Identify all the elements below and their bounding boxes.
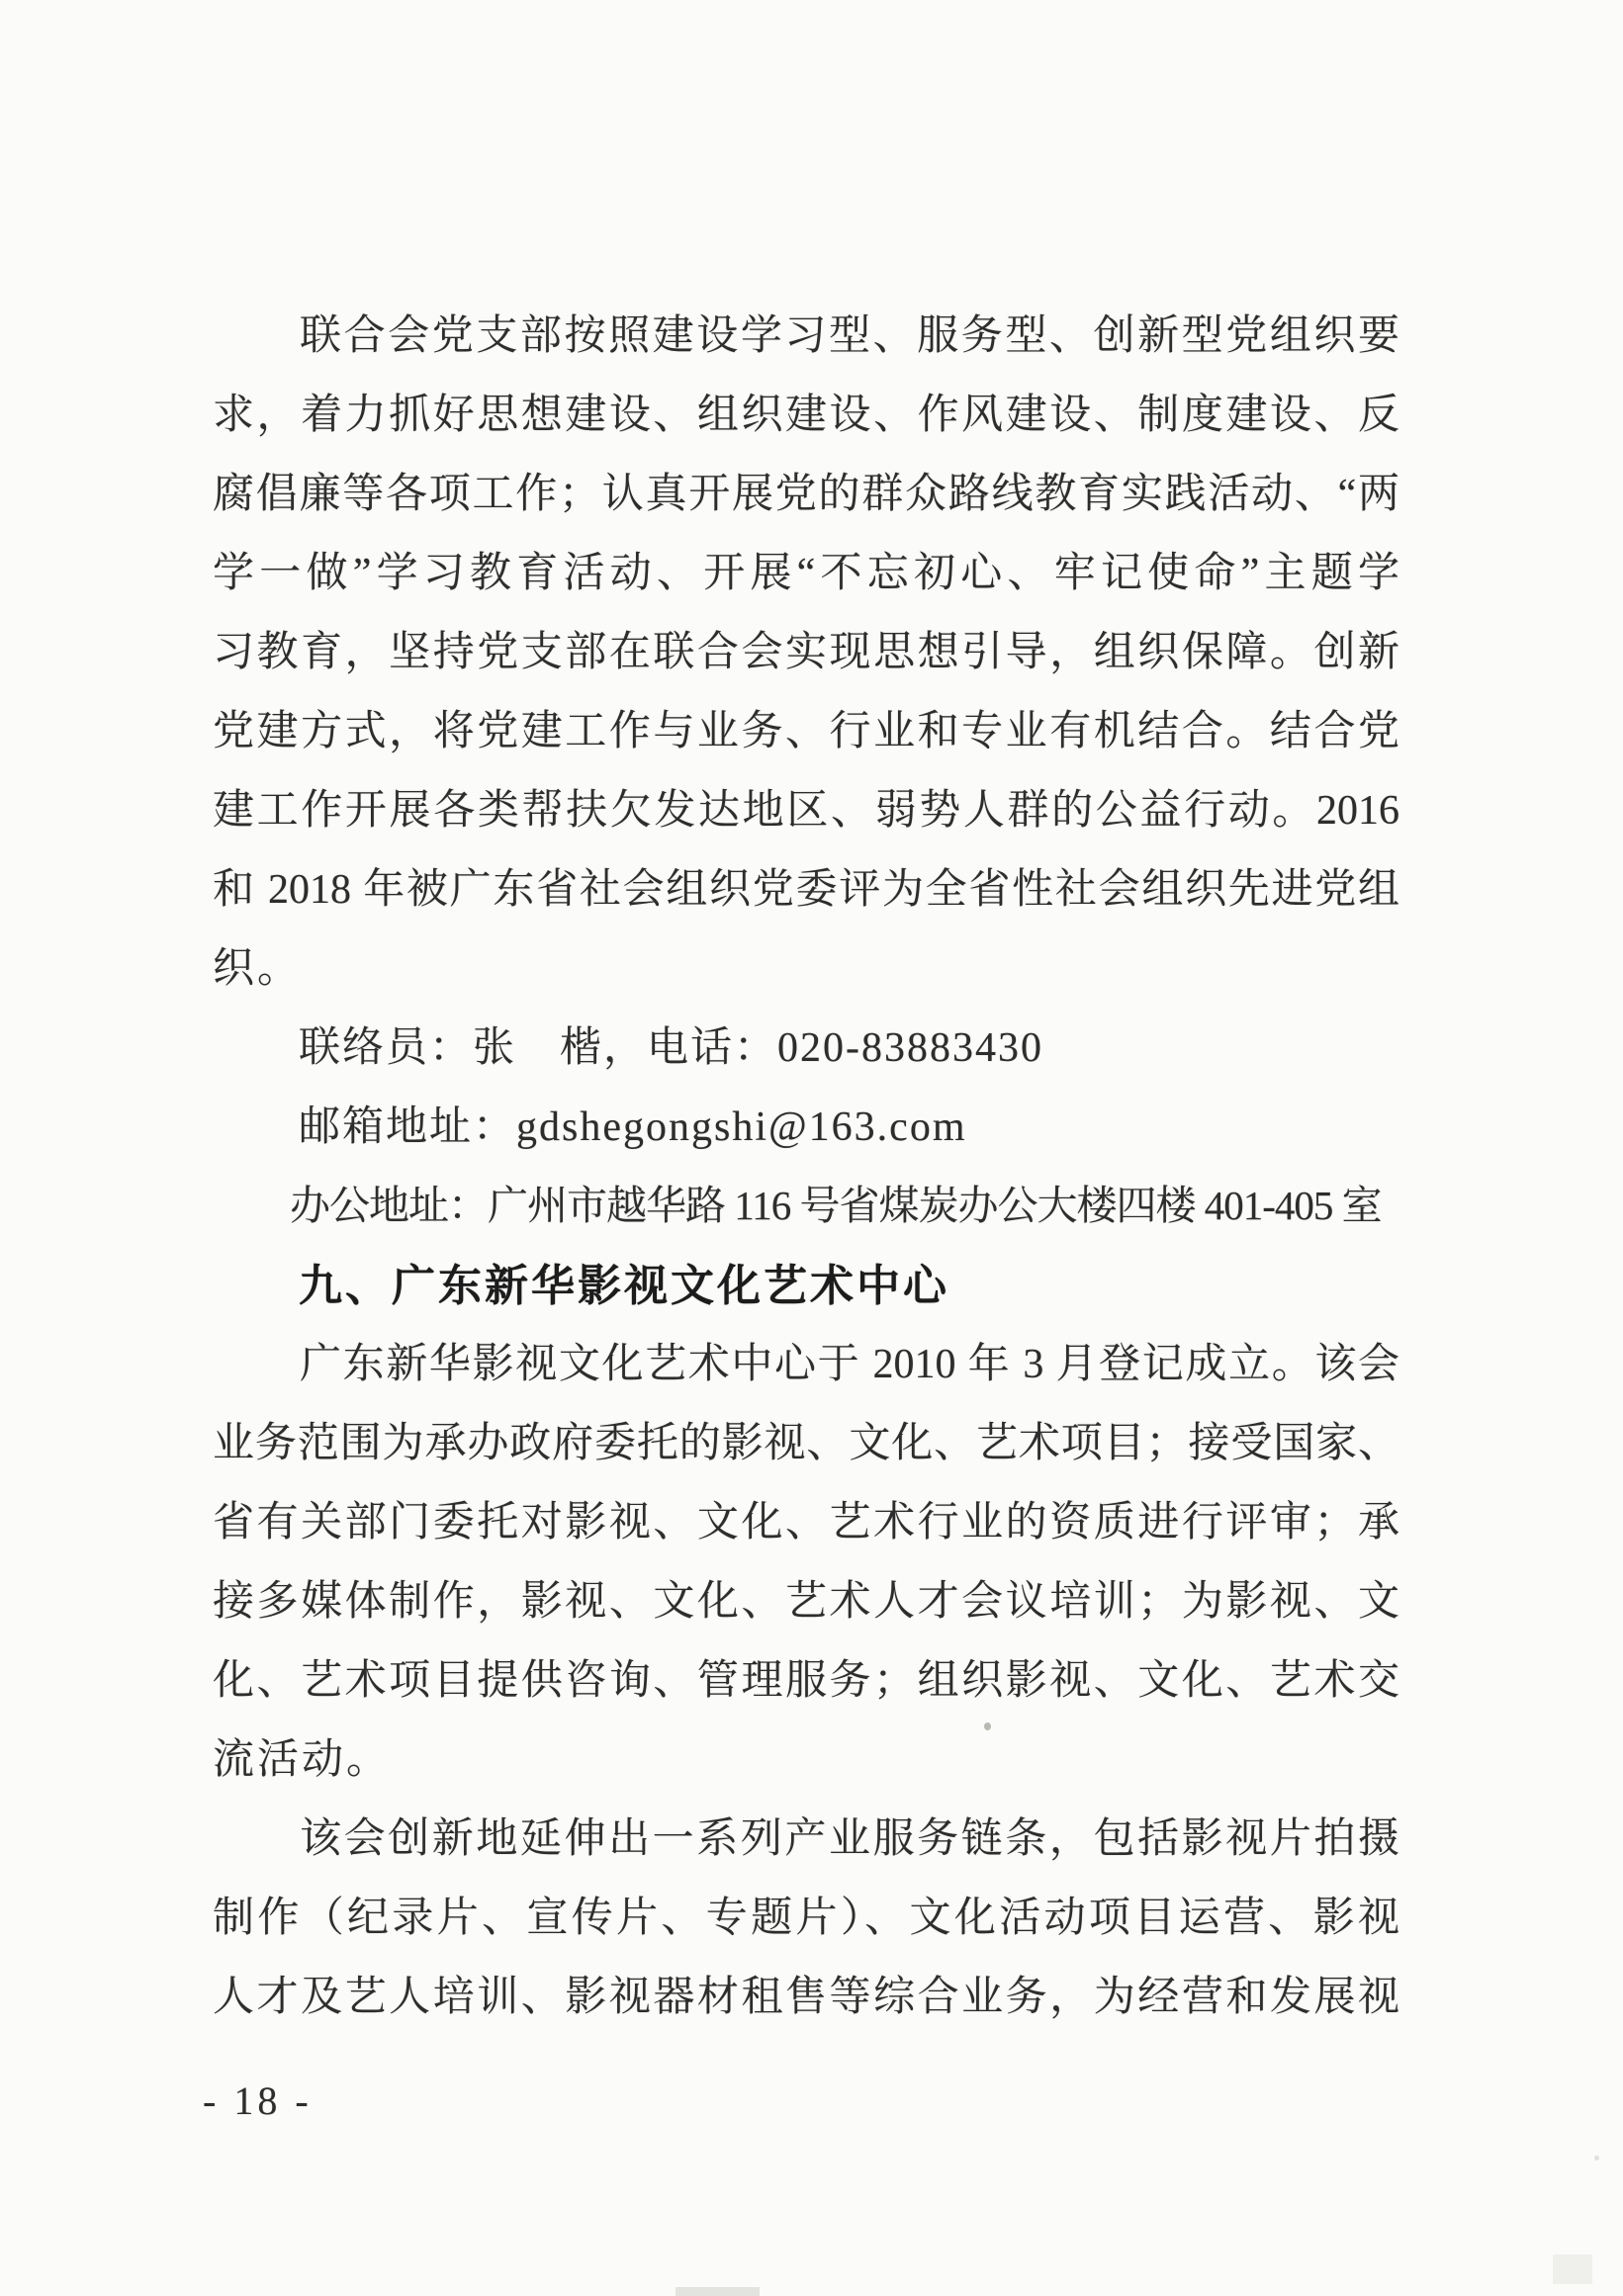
section-heading: 九、广东新华影视文化艺术中心 bbox=[299, 1262, 949, 1312]
para3-line: 人才及艺人培训、影视器材租售等综合业务，为经营和发展视 bbox=[213, 1974, 1399, 2021]
scan-smudge bbox=[676, 2287, 760, 2296]
scan-smudge bbox=[1553, 2254, 1592, 2284]
para2-line: 化、艺术项目提供咨询、管理服务；组织影视、文化、艺术交 bbox=[213, 1657, 1399, 1705]
para1-line: 织。 bbox=[213, 945, 302, 993]
para2-line: 流活动。 bbox=[213, 1736, 391, 1784]
para1-line: 建工作开展各类帮扶欠发达地区、弱势人群的公益行动。2016 bbox=[213, 787, 1399, 835]
para2-line: 广东新华影视文化艺术中心于 2010 年 3 月登记成立。该会 bbox=[300, 1341, 1399, 1388]
scanned-document-page: 联合会党支部按照建设学习型、服务型、创新型党组织要 求，着力抓好思想建设、组织建… bbox=[0, 0, 1623, 2296]
email-line: 邮箱地址：gdshegongshi@163.com bbox=[299, 1104, 967, 1151]
para1-line: 联合会党支部按照建设学习型、服务型、创新型党组织要 bbox=[300, 312, 1399, 360]
office-address-line: 办公地址：广州市越华路 116 号省煤炭办公大楼四楼 401-405 室 bbox=[290, 1183, 1382, 1229]
para2-line: 业务范围为承办政府委托的影视、文化、艺术项目；接受国家、 bbox=[213, 1420, 1399, 1467]
para1-line: 求，着力抓好思想建设、组织建设、作风建设、制度建设、反 bbox=[213, 392, 1399, 439]
para1-line: 和 2018 年被广东省社会组织党委评为全省性社会组织先进党组 bbox=[213, 866, 1399, 914]
para1-line: 学一做”学习教育活动、开展“不忘初心、牢记使命”主题学 bbox=[213, 550, 1399, 597]
para1-line: 党建方式，将党建工作与业务、行业和专业有机结合。结合党 bbox=[213, 708, 1399, 755]
para2-line: 省有关部门委托对影视、文化、艺术行业的资质进行评审；承 bbox=[213, 1499, 1399, 1546]
para1-line: 腐倡廉等各项工作；认真开展党的群众路线教育实践活动、“两 bbox=[213, 471, 1399, 518]
page-number: - 18 - bbox=[203, 2078, 313, 2124]
liaison-line: 联络员：张 楷，电话：020-83883430 bbox=[299, 1024, 1043, 1072]
para2-line: 接多媒体制作，影视、文化、艺术人才会议培训；为影视、文 bbox=[213, 1578, 1399, 1626]
para3-line: 该会创新地延伸出一系列产业服务链条，包括影视片拍摄 bbox=[300, 1815, 1399, 1863]
scan-speck bbox=[984, 1722, 991, 1730]
para1-line: 习教育，坚持党支部在联合会实现思想引导，组织保障。创新 bbox=[213, 629, 1399, 676]
para3-line: 制作（纪录片、宣传片、专题片）、文化活动项目运营、影视 bbox=[213, 1895, 1399, 1942]
scan-speck bbox=[1594, 2156, 1599, 2161]
